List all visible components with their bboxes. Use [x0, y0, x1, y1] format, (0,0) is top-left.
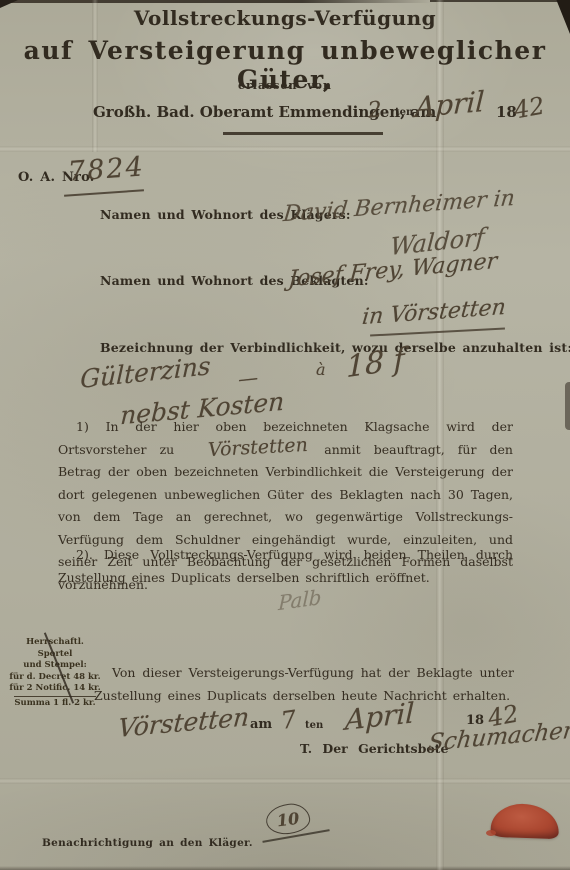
document-paper: Vollstreckungs-Verfügung auf Versteigeru…: [0, 0, 570, 870]
fee-note-sum-line: Summa 1 fl. 2 kr.: [14, 696, 96, 710]
photo-edge-top-right-strip: [430, 0, 570, 2]
wax-seal: [490, 803, 559, 839]
handwritten-issue-day: 2: [367, 97, 384, 123]
authority-date-label: Großh. Bad. Oberamt Emmendingen, am: [93, 103, 436, 121]
obligation-label: Bezeichnung der Verbindlichkeit, wozu de…: [100, 340, 570, 355]
handwritten-obligation-dash: —: [237, 365, 259, 391]
handwritten-service-month: April: [345, 696, 415, 737]
handwritten-service-day: 7: [279, 705, 298, 735]
handwritten-issue-year: 42: [512, 92, 547, 125]
service-day-ordinal: ten: [305, 720, 323, 731]
fold-crease-horizontal-lower: [0, 778, 570, 784]
fee-note-line: für 2 Notific. 14 kr.: [8, 683, 102, 695]
header-divider-rule: [223, 132, 383, 135]
bailiff-signature: Schumacher: [427, 717, 570, 756]
photo-edge-bottom-shadow: [0, 866, 570, 870]
handwritten-obligation-a: à: [316, 360, 326, 379]
fee-note: Herrschaftl. Sportel und Stempel: für d.…: [8, 637, 102, 709]
notification-paragraph: Von dieser Versteigerungs-Verfügung hat …: [94, 662, 514, 707]
issue-day-ordinal: ten: [395, 107, 413, 118]
page-number: 10: [276, 808, 300, 830]
handwritten-plaintiff-name: David Bernheimer in: [282, 186, 516, 227]
handwritten-file-number: 7824: [67, 151, 146, 187]
handwritten-service-place: Vörstetten: [117, 702, 250, 743]
official-initials-signature: Palb: [278, 585, 322, 615]
handwritten-obligation: Gülterzins: [80, 351, 211, 394]
page-number-circle: 10: [264, 801, 311, 836]
photo-edge-top: [0, 0, 432, 3]
service-am-label: am: [250, 717, 272, 732]
footer-note: Benachrichtigung an den Kläger.: [42, 837, 253, 849]
defendant-place-underline: [370, 327, 505, 336]
handwritten-issue-month: April: [414, 85, 485, 124]
file-number-underline: [64, 189, 144, 196]
handwritten-defendant-place: in Vörstetten: [361, 295, 507, 330]
paragraph-2: 2). Diese Vollstreckungs-Verfügung wird …: [58, 544, 513, 589]
handwritten-obligation-amount: 18 f: [346, 342, 404, 386]
fee-note-line: für d. Decret 48 kr.: [8, 672, 102, 684]
photo-edge-right-notch: [565, 382, 570, 430]
fold-crease-horizontal-upper: [0, 146, 570, 152]
wax-seal-fragment: [486, 830, 496, 836]
handwritten-place-inline: Vörstetten: [190, 439, 308, 455]
document-title: Vollstreckungs-Verfügung: [0, 6, 570, 30]
